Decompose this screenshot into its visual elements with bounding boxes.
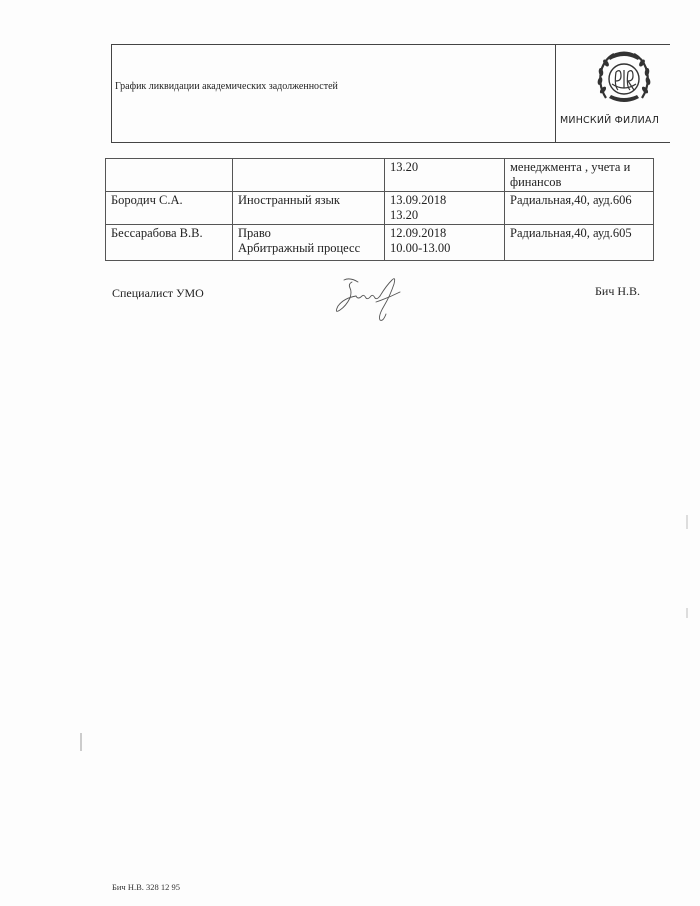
- datetime-cell: 13.09.2018 13.20: [385, 192, 505, 225]
- location-cell: Радиальная,40, ауд.605: [505, 225, 654, 261]
- handwritten-signature-icon: [330, 276, 430, 322]
- university-emblem-icon: [594, 48, 654, 106]
- footer-contact: Бич Н.В. 328 12 95: [112, 882, 180, 892]
- subject-cell: Право Арбитражный процесс: [233, 225, 385, 261]
- subject-cell: Иностранный язык: [233, 192, 385, 225]
- location-cell: Радиальная,40, ауд.606: [505, 192, 654, 225]
- signatory-role: Специалист УМО: [112, 286, 204, 301]
- datetime-cell: 12.09.2018 10.00-13.00: [385, 225, 505, 261]
- scan-artifact: [686, 515, 688, 529]
- scan-artifact: [686, 608, 688, 618]
- document-title: График ликвидации академических задолжен…: [115, 81, 338, 92]
- teacher-cell: [106, 159, 233, 192]
- logo-area: МИНСКИЙ ФИЛИАЛ: [556, 45, 670, 142]
- document-header: График ликвидации академических задолжен…: [111, 44, 670, 143]
- location-cell: менеджмента , учета и финансов: [505, 159, 654, 192]
- table-row: Бородич С.А. Иностранный язык 13.09.2018…: [106, 192, 654, 225]
- subject-cell: [233, 159, 385, 192]
- branch-name: МИНСКИЙ ФИЛИАЛ: [560, 115, 659, 126]
- teacher-cell: Бородич С.А.: [106, 192, 233, 225]
- document-page: График ликвидации академических задолжен…: [0, 0, 700, 906]
- scan-artifact: [80, 733, 82, 751]
- signatory-name: Бич Н.В.: [595, 284, 640, 299]
- teacher-cell: Бессарабова В.В.: [106, 225, 233, 261]
- datetime-cell: 13.20: [385, 159, 505, 192]
- table-row: 13.20 менеджмента , учета и финансов: [106, 159, 654, 192]
- table-row: Бессарабова В.В. Право Арбитражный проце…: [106, 225, 654, 261]
- debt-schedule-table: 13.20 менеджмента , учета и финансов Бор…: [105, 158, 654, 261]
